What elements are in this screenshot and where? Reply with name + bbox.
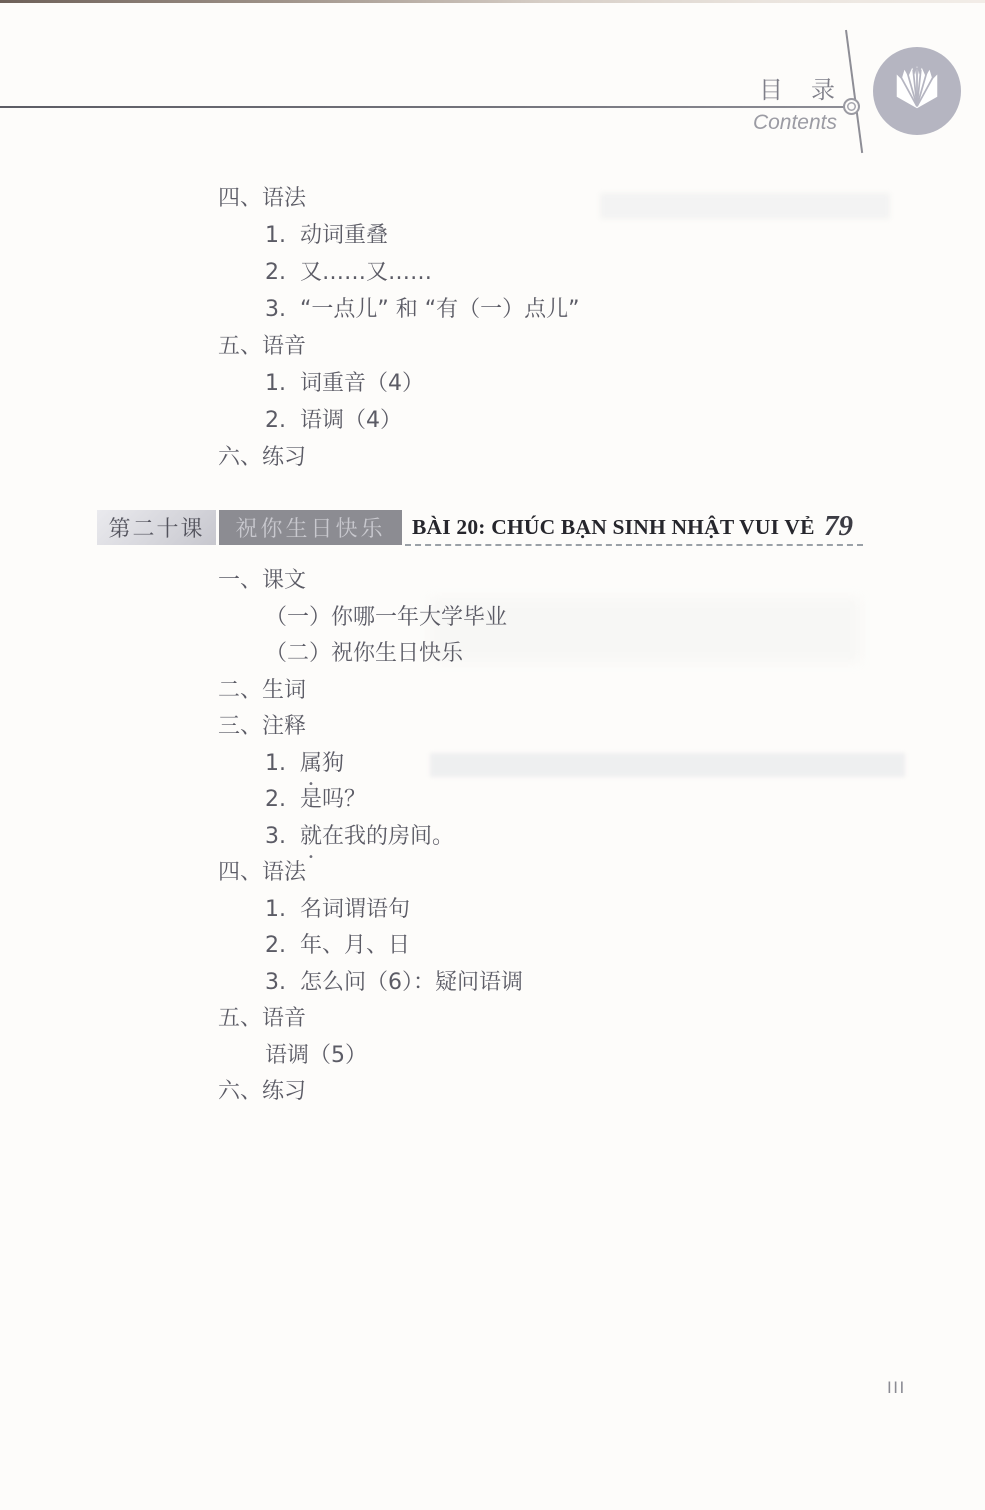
toc-item: 二、生词 — [218, 673, 523, 710]
toc-item: 3. “一点儿” 和 “有（一）点儿” — [218, 291, 580, 328]
header-ring-ornament — [843, 98, 860, 115]
banner-dashed-rule — [405, 544, 863, 546]
toc-item: 五、语音 — [218, 1001, 523, 1038]
lesson-banner: 第二十课 祝你生日快乐 BÀI 20: CHÚC BẠN SINH NHẬT V… — [0, 510, 985, 545]
footer-page-number: III — [887, 1378, 906, 1398]
lesson-number-badge: 第二十课 — [97, 510, 216, 545]
toc-item: 2. 又……又…… — [218, 254, 580, 291]
publisher-logo — [873, 47, 961, 135]
lesson-title-vietnamese: BÀI 20: CHÚC BẠN SINH NHẬT VUI VẺ — [412, 510, 815, 545]
emphasis-char: 属 — [300, 746, 322, 783]
toc-item: 六、练习 — [218, 1074, 523, 1111]
toc-item: （一）你哪一年大学毕业 — [218, 600, 523, 637]
header-divider — [0, 106, 845, 108]
toc-item: 2. 语调（4） — [218, 402, 580, 439]
toc-list-lesson-20: 一、课文（一）你哪一年大学毕业（二）祝你生日快乐二、生词三、注释1. 属狗2. … — [218, 563, 523, 1111]
toc-item: 语调（5） — [218, 1038, 523, 1075]
open-book-icon — [888, 62, 946, 120]
toc-item: 六、练习 — [218, 439, 580, 476]
scan-edge-artifact — [0, 0, 985, 3]
toc-item: 1. 动词重叠 — [218, 217, 580, 254]
toc-page: 目 录 Contents 四、语法1. 动词重叠2. 又……又…… — [0, 0, 985, 1510]
toc-item: 四、语法 — [218, 180, 580, 217]
toc-item: 1. 属狗 — [218, 746, 523, 783]
toc-item: 四、语法 — [218, 855, 523, 892]
bleed-artifact — [600, 193, 890, 219]
toc-item: 1. 词重音（4） — [218, 365, 580, 402]
emphasis-char: 就 — [300, 819, 322, 856]
toc-item: 2. 是吗？ — [218, 782, 523, 819]
header-diagonal-line — [845, 30, 863, 153]
toc-item: 三、注释 — [218, 709, 523, 746]
lesson-title-chinese: 祝你生日快乐 — [219, 510, 402, 545]
toc-item: 一、课文 — [218, 563, 523, 600]
toc-item: （二）祝你生日快乐 — [218, 636, 523, 673]
toc-list-previous-lesson: 四、语法1. 动词重叠2. 又……又……3. “一点儿” 和 “有（一）点儿”五… — [218, 180, 580, 476]
toc-item: 3. 就在我的房间。 — [218, 819, 523, 856]
page-title-english: Contents — [753, 111, 837, 135]
page-title-chinese: 目 录 — [759, 70, 837, 105]
lesson-page-number: 79 — [824, 506, 853, 546]
toc-item: 1. 名词谓语句 — [218, 892, 523, 929]
toc-item: 3. 怎么问（6）：疑问语调 — [218, 965, 523, 1002]
toc-item: 五、语音 — [218, 328, 580, 365]
toc-item: 2. 年、月、日 — [218, 928, 523, 965]
